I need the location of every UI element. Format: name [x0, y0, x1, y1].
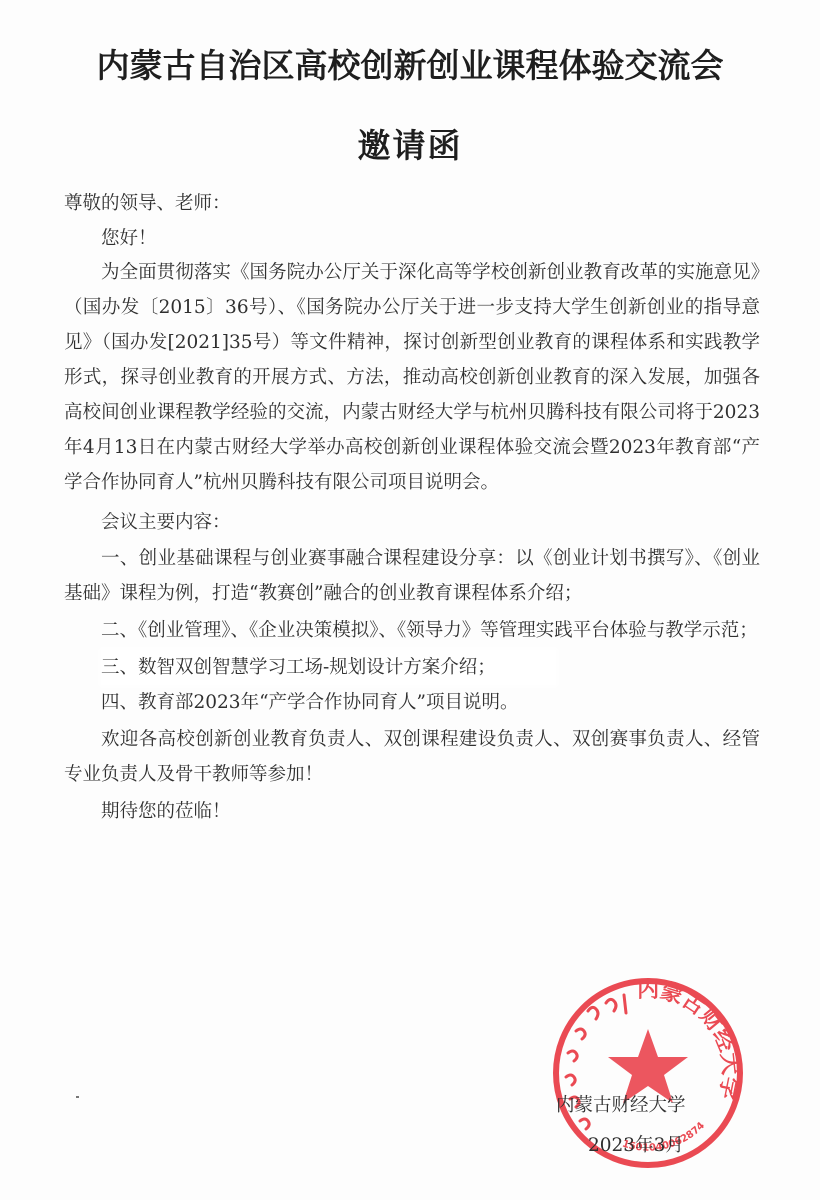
closing-line: 期待您的莅临！	[64, 794, 760, 829]
greeting: 您好！	[64, 221, 760, 256]
intro-paragraph: 为全面贯彻落实《国务院办公厅关于深化高等学校创新创业教育改革的实施意见》（国办发…	[64, 255, 760, 500]
agenda-item: 一、创业基础课程与创业赛事融合课程建设分享：以《创业计划书撰写》、《创业基础》课…	[64, 541, 760, 611]
letter-body: 尊敬的领导、老师： 您好！ 为全面贯彻落实《国务院办公厅关于深化高等学校创新创业…	[64, 186, 760, 829]
signature-block: 内蒙古财经大学 2023年3月	[556, 1086, 756, 1166]
agenda-item: 二、《创业管理》、《企业决策模拟》、《领导力》等管理实践平台体验与教学示范；	[64, 613, 760, 648]
invitation-letter-page: 内蒙古自治区高校创新创业课程体验交流会 邀请函 尊敬的领导、老师： 您好！ 为全…	[0, 0, 820, 1200]
agenda-item: 三、数智双创智慧学习工场-规划设计方案介绍；	[101, 650, 556, 685]
scan-speck	[76, 1096, 79, 1098]
document-subtitle: 邀请函	[0, 124, 820, 168]
document-title: 内蒙古自治区高校创新创业课程体验交流会	[0, 44, 820, 88]
signature-date: 2023年3月	[556, 1126, 756, 1166]
agenda-item-wrapper: 三、数智双创智慧学习工场-规划设计方案介绍；	[64, 650, 760, 685]
agenda-item: 四、教育部2023年“产学合作协同育人”项目说明。	[64, 685, 760, 720]
signature-organization: 内蒙古财经大学	[556, 1086, 756, 1126]
salutation: 尊敬的领导、老师：	[64, 186, 760, 221]
agenda-heading: 会议主要内容：	[64, 505, 760, 540]
welcome-paragraph: 欢迎各高校创新创业教育负责人、双创课程建设负责人、双创赛事负责人、经管专业负责人…	[64, 722, 760, 792]
